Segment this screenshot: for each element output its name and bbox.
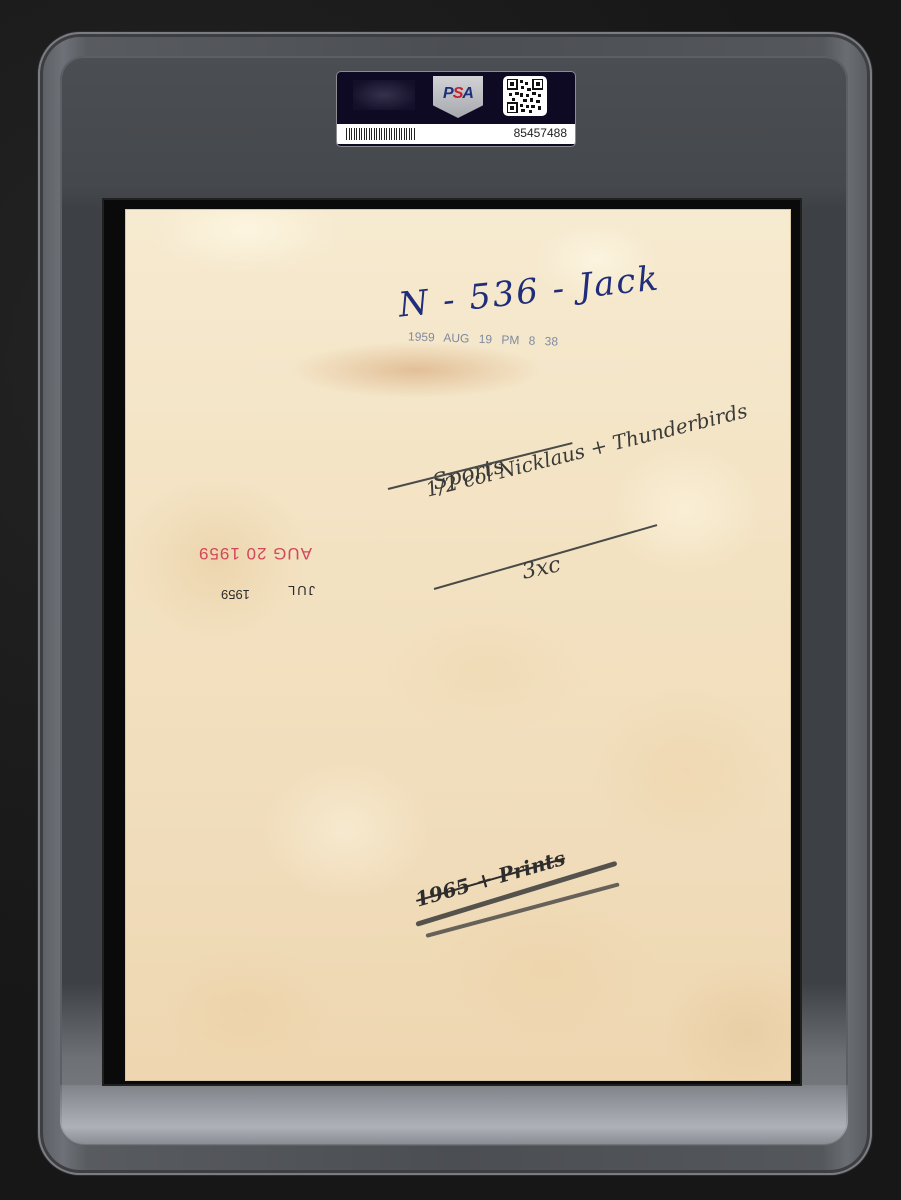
pencil-note-caption: 1/2 col Nicklaus + Thunderbirds: [423, 398, 750, 501]
black-stamp-month: JUL: [286, 583, 315, 598]
received-date-stamp: 1959 AUG 19 PM 8 38: [408, 329, 558, 348]
grading-label: PSA 85457488: [337, 72, 575, 146]
psa-logo-icon: PSA: [433, 76, 483, 118]
handwritten-file-number: N - 536 - Jack: [397, 258, 662, 325]
label-cert-strip: 85457488: [337, 124, 575, 144]
cert-number: 85457488: [514, 126, 567, 140]
black-stamp-year: 1959: [221, 587, 250, 602]
pencil-note-size: 3xc: [520, 552, 563, 585]
photo-back: N - 536 - Jack 1959 AUG 19 PM 8 38 AUG 2…: [126, 210, 790, 1080]
red-date-stamp: AUG 20 1959: [198, 543, 312, 563]
label-redacted-text: [353, 80, 415, 110]
psa-logo-text: PSA: [443, 85, 473, 103]
barcode-icon: [346, 128, 416, 140]
qr-code-icon[interactable]: [503, 76, 547, 116]
slab-reflection: [60, 1085, 848, 1145]
